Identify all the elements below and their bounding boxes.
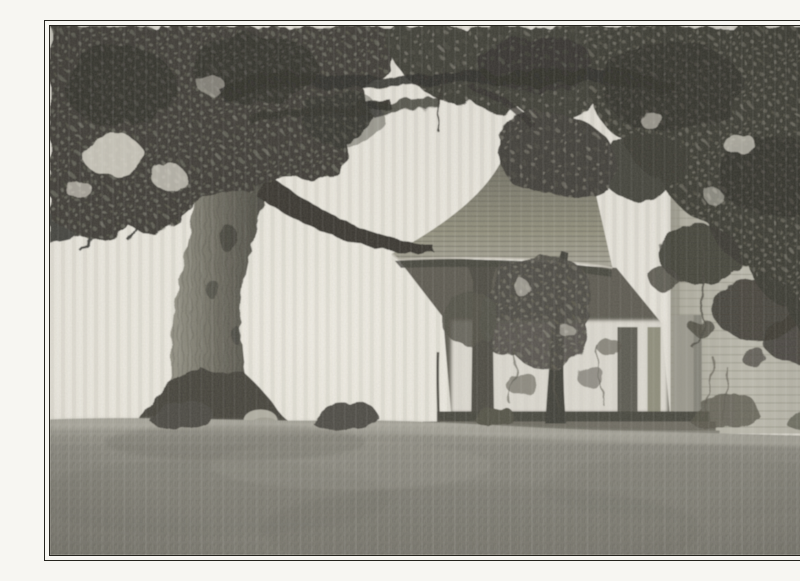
vignette-overlay xyxy=(50,26,800,555)
photograph: Vintage black-and-white photograph of a … xyxy=(49,25,800,556)
photograph-plate: Vintage black-and-white photograph of a … xyxy=(40,16,800,565)
photograph-scene: Vintage black-and-white photograph of a … xyxy=(50,26,800,555)
